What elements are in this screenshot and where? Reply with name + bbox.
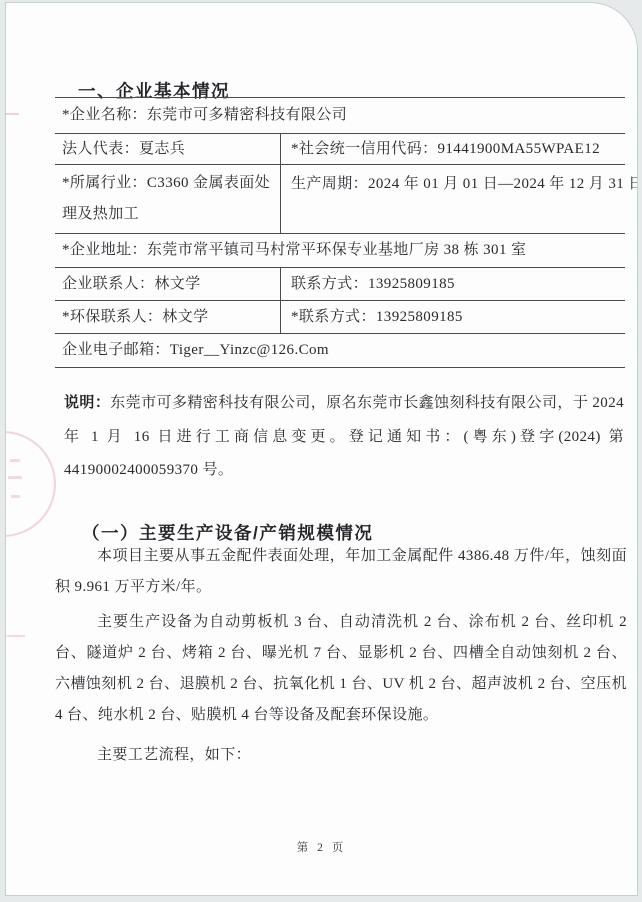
seal-speck-artifact <box>8 476 22 479</box>
cell-company-email: 企业电子邮箱：Tiger__Yinzc@126.Com <box>55 334 625 367</box>
cell-env-contact-phone: *联系方式：13925809185 <box>280 301 625 333</box>
cell-industry: *所属行业：C3360 金属表面处理及热加工 <box>55 165 280 233</box>
paragraph-production-scale: 本项目主要从事五金配件表面处理，年加工金属配件 4386.48 万件/年，蚀刻面… <box>55 541 627 603</box>
cell-company-name: *企业名称：东莞市可多精密科技有限公司 <box>55 98 625 133</box>
cell-company-contact: 企业联系人：林文学 <box>55 268 280 300</box>
table-note: 说明：东莞市可多精密科技有限公司，原名东莞市长鑫蚀刻科技有限公司，于 2024 … <box>64 386 624 488</box>
cell-production-period: 生产周期：2024 年 01 月 01 日—2024 年 12 月 31 日 <box>280 165 638 233</box>
table-row-address: *企业地址：东莞市常平镇司马村常平环保专业基地厂房 38 栋 301 室 <box>55 234 625 268</box>
note-text: 东莞市可多精密科技有限公司，原名东莞市长鑫蚀刻科技有限公司，于 2024 年 1… <box>64 395 624 478</box>
pink-mark-artifact <box>6 113 19 115</box>
page-number: 第 2 页 <box>6 839 637 855</box>
seal-speck-artifact <box>10 459 20 462</box>
pink-mark-artifact <box>7 635 25 637</box>
cell-env-contact: *环保联系人：林文学 <box>55 301 280 333</box>
seal-stamp-artifact <box>5 431 56 537</box>
cell-contact-phone: 联系方式：13925809185 <box>280 268 625 300</box>
paragraph-process-flow-intro: 主要工艺流程，如下： <box>55 740 627 771</box>
company-info-table: *企业名称：东莞市可多精密科技有限公司 法人代表：夏志兵 *社会统一信用代码：9… <box>55 97 625 368</box>
table-row-company-name: *企业名称：东莞市可多精密科技有限公司 <box>55 98 625 134</box>
note-label: 说明： <box>64 394 110 411</box>
seal-speck-artifact <box>11 495 20 498</box>
document-page: 一、企业基本情况 *企业名称：东莞市可多精密科技有限公司 法人代表：夏志兵 *社… <box>5 2 638 896</box>
table-row-env-contact: *环保联系人：林文学 *联系方式：13925809185 <box>55 301 625 334</box>
table-row-legal-rep: 法人代表：夏志兵 *社会统一信用代码：91441900MA55WPAE12 <box>55 134 625 165</box>
cell-legal-representative: 法人代表：夏志兵 <box>55 134 280 164</box>
table-row-industry: *所属行业：C3360 金属表面处理及热加工 生产周期：2024 年 01 月 … <box>55 165 625 234</box>
table-row-email: 企业电子邮箱：Tiger__Yinzc@126.Com <box>55 334 625 368</box>
paragraph-equipment-list: 主要生产设备为自动剪板机 3 台、自动清洗机 2 台、涂布机 2 台、丝印机 2… <box>55 607 627 731</box>
table-row-contact: 企业联系人：林文学 联系方式：13925809185 <box>55 268 625 301</box>
cell-company-address: *企业地址：东莞市常平镇司马村常平环保专业基地厂房 38 栋 301 室 <box>55 234 625 267</box>
cell-credit-code: *社会统一信用代码：91441900MA55WPAE12 <box>280 134 625 164</box>
scanned-report-page: { "document": { "section1": { "title": "… <box>0 0 642 902</box>
